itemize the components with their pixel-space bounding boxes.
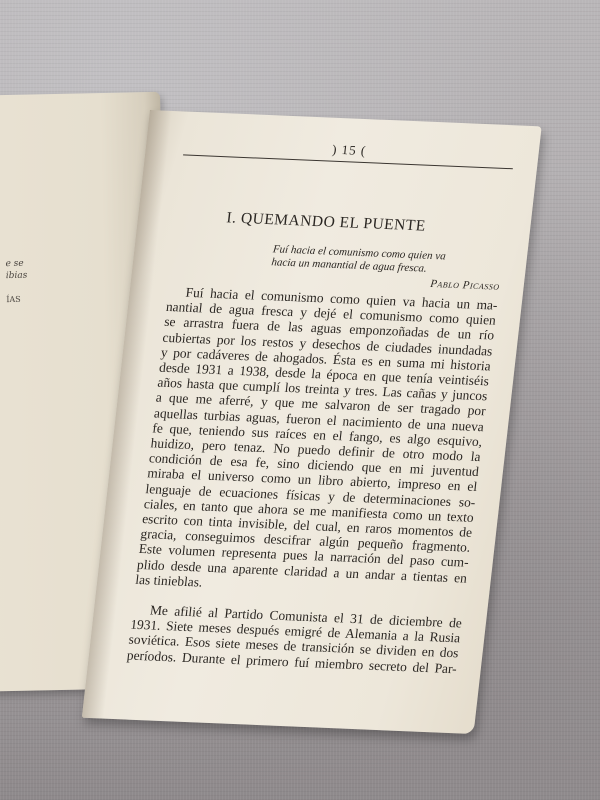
paragraph-1: Fuí hacia el comunismo como quien va hac…: [135, 284, 499, 601]
page-content: ) 15 ( I. QUEMANDO EL PUENTE Fuí hacia e…: [126, 135, 515, 676]
paragraph-2: Me afilié al Partido Comunista el 31 de …: [126, 602, 463, 676]
left-page-text-fragment: ibias: [6, 271, 28, 281]
right-page: ) 15 ( I. QUEMANDO EL PUENTE Fuí hacia e…: [82, 110, 542, 734]
epigraph: Fuí hacia el comunismo como quien va hac…: [269, 243, 503, 293]
chapter-title: I. QUEMANDO EL PUENTE: [175, 207, 507, 239]
left-page-text-fragment: ÍAS: [6, 295, 21, 304]
running-header: ) 15 (: [183, 135, 515, 173]
left-page-text-fragment: e se: [5, 259, 23, 269]
